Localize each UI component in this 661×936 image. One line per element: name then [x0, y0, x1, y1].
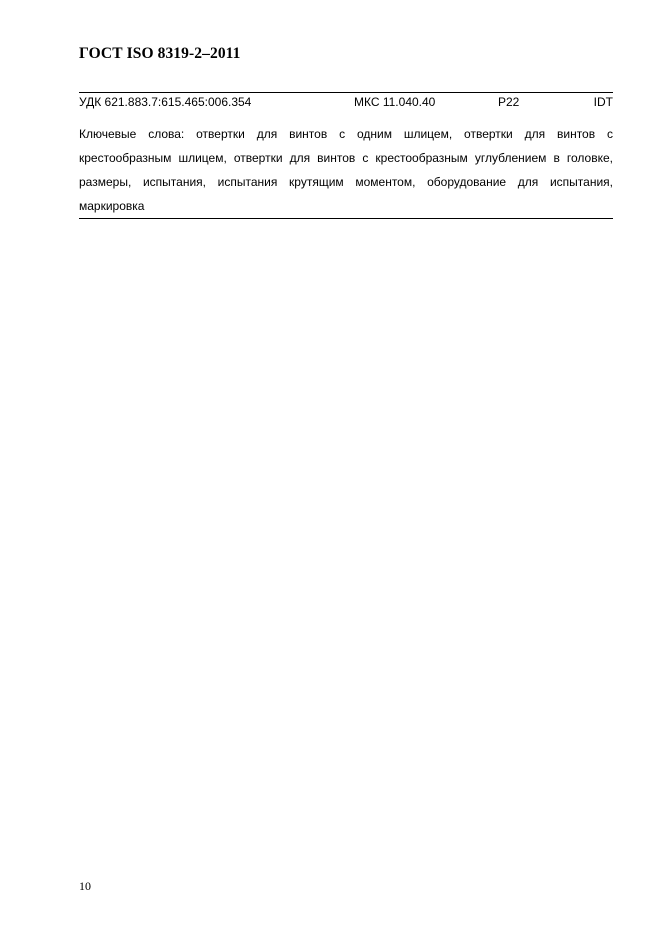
classification-row: УДК 621.883.7:615.465:006.354 МКС 11.040…	[79, 95, 613, 111]
mks-code: МКС 11.040.40	[354, 95, 435, 109]
keywords-paragraph: Ключевые слова: отвертки для винтов с од…	[79, 122, 613, 218]
top-divider	[79, 92, 613, 93]
udk-code: УДК 621.883.7:615.465:006.354	[79, 95, 251, 109]
equivalence-degree: IDT	[594, 95, 613, 109]
standard-title: ГОСТ ISO 8319-2–2011	[79, 45, 241, 63]
page-number: 10	[79, 879, 91, 894]
okstu-code: P22	[498, 95, 519, 109]
bottom-divider	[79, 218, 613, 219]
